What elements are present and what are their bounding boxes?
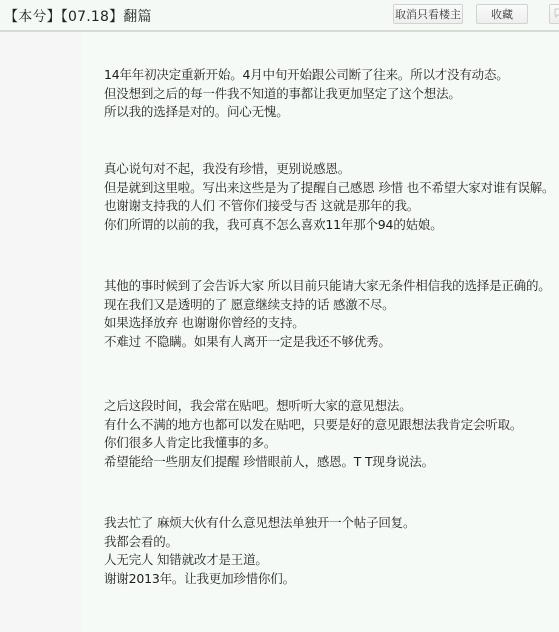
cancel-only-op-button[interactable]: 取消只看楼主 bbox=[393, 4, 463, 24]
text-line: 也谢谢支持我的人们 不管你们接受与否 这就是那年的我。 bbox=[104, 197, 554, 216]
text-line: 所以我的选择是对的。问心无愧。 bbox=[104, 103, 509, 122]
text-line: 我都会看的。 bbox=[104, 533, 415, 552]
text-line: 不难过 不隐瞒。如果有人离开一定是我还不够优秀。 bbox=[104, 333, 551, 352]
thread-title: 【本兮】【07.18】翻篇 bbox=[4, 6, 152, 26]
thread-header: 【本兮】【07.18】翻篇 取消只看楼主 收藏 bbox=[0, 0, 559, 32]
text-line: 但是就到这里啦。写出来这些是为了提醒自己感恩 珍惜 也不希望大家对谁有误解。 bbox=[104, 179, 554, 198]
text-line: 其他的事时候到了会告诉大家 所以目前只能请大家无条件相信我的选择是正确的。 bbox=[104, 277, 551, 296]
paragraph: 之后这段时间，我会常在贴吧。想听听大家的意见想法。 有什么不满的地方也都可以发在… bbox=[104, 397, 522, 471]
text-line: 谢谢2013年。让我更加珍惜你们。 bbox=[104, 570, 415, 589]
favorite-button[interactable]: 收藏 bbox=[476, 4, 528, 24]
text-line: 真心说句对不起，我没有珍惜，更别说感恩。 bbox=[104, 160, 554, 179]
text-line: 希望能给一些朋友们提醒 珍惜眼前人，感恩。T T现身说法。 bbox=[104, 453, 522, 472]
text-line: 你们所谓的以前的我，我可真不怎么喜欢11年那个94的姑娘。 bbox=[104, 216, 554, 235]
text-line: 14年年初决定重新开始。4月中旬开始跟公司断了往来。所以才没有动态。 bbox=[104, 66, 509, 85]
comment-icon bbox=[554, 8, 559, 21]
text-line: 你们很多人肯定比我懂事的多。 bbox=[104, 434, 522, 453]
reply-button[interactable] bbox=[549, 4, 559, 24]
paragraph: 真心说句对不起，我没有珍惜，更别说感恩。 但是就到这里啦。写出来这些是为了提醒自… bbox=[104, 160, 554, 234]
text-line: 现在我们又是透明的了 愿意继续支持的话 感激不尽。 bbox=[104, 296, 551, 315]
text-line: 如果选择放弃 也谢谢你曾经的支持。 bbox=[104, 314, 551, 333]
paragraph: 我去忙了 麻烦大伙有什么意见想法单独开一个帖子回复。 我都会看的。 人无完人 知… bbox=[104, 514, 415, 588]
paragraph: 14年年初决定重新开始。4月中旬开始跟公司断了往来。所以才没有动态。 但没想到之… bbox=[104, 66, 509, 122]
author-sidebar bbox=[0, 32, 82, 632]
post-content-area: 14年年初决定重新开始。4月中旬开始跟公司断了往来。所以才没有动态。 但没想到之… bbox=[82, 32, 559, 632]
text-line: 人无完人 知错就改才是王道。 bbox=[104, 551, 415, 570]
text-line: 我去忙了 麻烦大伙有什么意见想法单独开一个帖子回复。 bbox=[104, 514, 415, 533]
text-line: 之后这段时间，我会常在贴吧。想听听大家的意见想法。 bbox=[104, 397, 522, 416]
text-line: 但没想到之后的每一件我不知道的事都让我更加坚定了这个想法。 bbox=[104, 85, 509, 104]
text-line: 有什么不满的地方也都可以发在贴吧，只要是好的意见跟想法我肯定会听取。 bbox=[104, 416, 522, 435]
paragraph: 其他的事时候到了会告诉大家 所以目前只能请大家无条件相信我的选择是正确的。 现在… bbox=[104, 277, 551, 351]
